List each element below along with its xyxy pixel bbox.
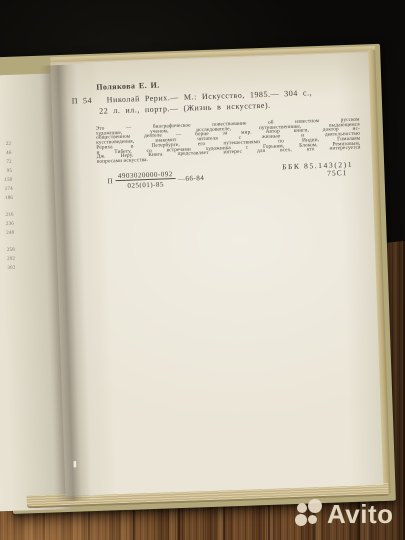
page-number: 302: [0, 264, 16, 274]
avito-logo-icon: [293, 497, 326, 531]
code-suffix: —66-84: [178, 174, 205, 183]
binding-stitch: [73, 461, 76, 468]
page-number: 186: [0, 194, 13, 204]
author-sign-code: П 54: [72, 96, 93, 107]
imprint-text-block: Полякова Е. И. П 54 Николай Рерих.— М.: …: [68, 74, 364, 192]
code-prefix: П: [107, 177, 113, 185]
bbk-classification: ББК 85.143(2)1 75С1: [282, 160, 364, 180]
book-order-code: П 4903020000-092 025(01)-85 —66-84: [107, 169, 204, 190]
page-number: 248: [0, 229, 14, 239]
book-photo: 22 46 72 95 150 174 186 216 236 248 258 …: [0, 0, 405, 540]
code-fraction: 4903020000-092 025(01)-85: [115, 170, 176, 190]
open-book: 22 46 72 95 150 174 186 216 236 248 258 …: [0, 46, 391, 510]
bibliographic-entry: П 54 Николай Рерих.— М.: Искусство, 1985…: [99, 87, 362, 117]
avito-watermark: Avito: [293, 497, 394, 531]
avito-watermark-label: Avito: [327, 499, 394, 530]
annotation-paragraph: Это — биографическое повествование об из…: [96, 118, 361, 165]
